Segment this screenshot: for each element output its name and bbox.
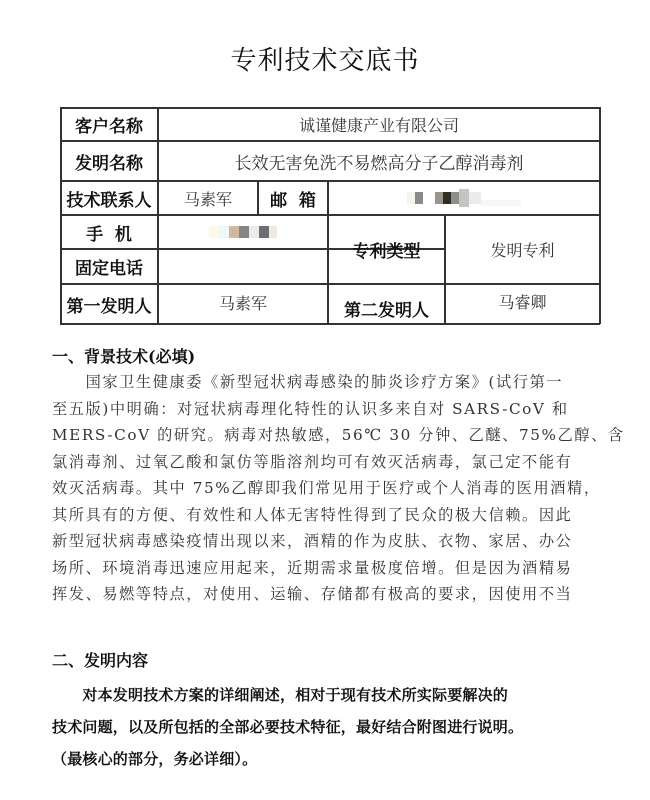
- section-heading-background: 一、背景技术(必填): [52, 344, 195, 367]
- client-name-label: 客户名称: [60, 107, 158, 141]
- first-inventor-label: 第一发明人: [60, 284, 158, 324]
- mobile-label: 手 机: [60, 215, 158, 249]
- background-paragraph: 国家卫生健康委《新型冠状病毒感染的肺炎诊疗方案》(试行第一 至五版)中明确：对冠…: [52, 369, 600, 608]
- paragraph-line: 至五版)中明确：对冠状病毒理化特性的认识多来自对 SARS-CoV 和: [52, 396, 600, 423]
- section-heading-invention-content: 二、发明内容: [52, 648, 148, 671]
- email-label: 邮 箱: [258, 181, 328, 215]
- paragraph-line: （最核心的部分，务必详细）。: [52, 748, 612, 780]
- invention-name-value: 长效无害免洗不易燃高分子乙醇消毒剂: [158, 141, 600, 181]
- patent-type-label: 专利类型: [328, 215, 445, 284]
- email-value-redacted: [328, 181, 600, 215]
- client-name-value: 诚谨健康产业有限公司: [158, 107, 600, 141]
- invention-content-instructions: 对本发明技术方案的详细阐述，相对于现有技术所实际要解决的 技术问题，以及所包括的…: [52, 684, 612, 780]
- paragraph-line: 场所、环境消毒迅速应用起来，近期需求量极度倍增。但是因为酒精易: [52, 555, 600, 582]
- paragraph-line: 国家卫生健康委《新型冠状病毒感染的肺炎诊疗方案》(试行第一: [52, 369, 600, 396]
- redaction-mosaic: [407, 189, 521, 207]
- paragraph-line: MERS-CoV 的研究。病毒对热敏感，56℃ 30 分钟、乙醚、75%乙醇、含: [52, 422, 600, 449]
- redaction-mosaic: [209, 226, 277, 238]
- invention-name-label: 发明名称: [60, 141, 158, 181]
- document-title: 专利技术交底书: [0, 40, 650, 77]
- paragraph-line: 其所具有的方便、有效性和人体无害特性得到了民众的极大信赖。因此: [52, 502, 600, 529]
- paragraph-line: 挥发、易燃等特点，对使用、运输、存储都有极高的要求，因使用不当: [52, 581, 600, 608]
- landline-value: [158, 249, 328, 284]
- paragraph-line: 技术问题，以及所包括的全部必要技术特征，最好结合附图进行说明。: [52, 716, 612, 748]
- second-inventor-label: 第二发明人: [328, 288, 445, 328]
- patent-type-value: 发明专利: [445, 215, 600, 284]
- paragraph-line: 效灭活病毒。其中 75%乙醇即我们常见用于医疗或个人消毒的医用酒精，: [52, 475, 600, 502]
- first-inventor-value: 马素军: [158, 284, 328, 320]
- paragraph-line: 新型冠状病毒感染疫情出现以来，酒精的作为皮肤、衣物、家居、办公: [52, 528, 600, 555]
- paragraph-line: 氯消毒剂、过氧乙酸和氯仿等脂溶剂均可有效灭活病毒，氯己定不能有: [52, 449, 600, 476]
- second-inventor-value: 马睿卿: [445, 284, 600, 318]
- info-table: 客户名称 诚谨健康产业有限公司 发明名称 长效无害免洗不易燃高分子乙醇消毒剂 技…: [60, 107, 600, 324]
- paragraph-line: 对本发明技术方案的详细阐述，相对于现有技术所实际要解决的: [52, 684, 612, 716]
- tech-contact-value: 马素军: [158, 181, 258, 215]
- mobile-value-redacted: [158, 215, 328, 249]
- landline-label: 固定电话: [60, 249, 158, 284]
- tech-contact-label: 技术联系人: [60, 181, 158, 215]
